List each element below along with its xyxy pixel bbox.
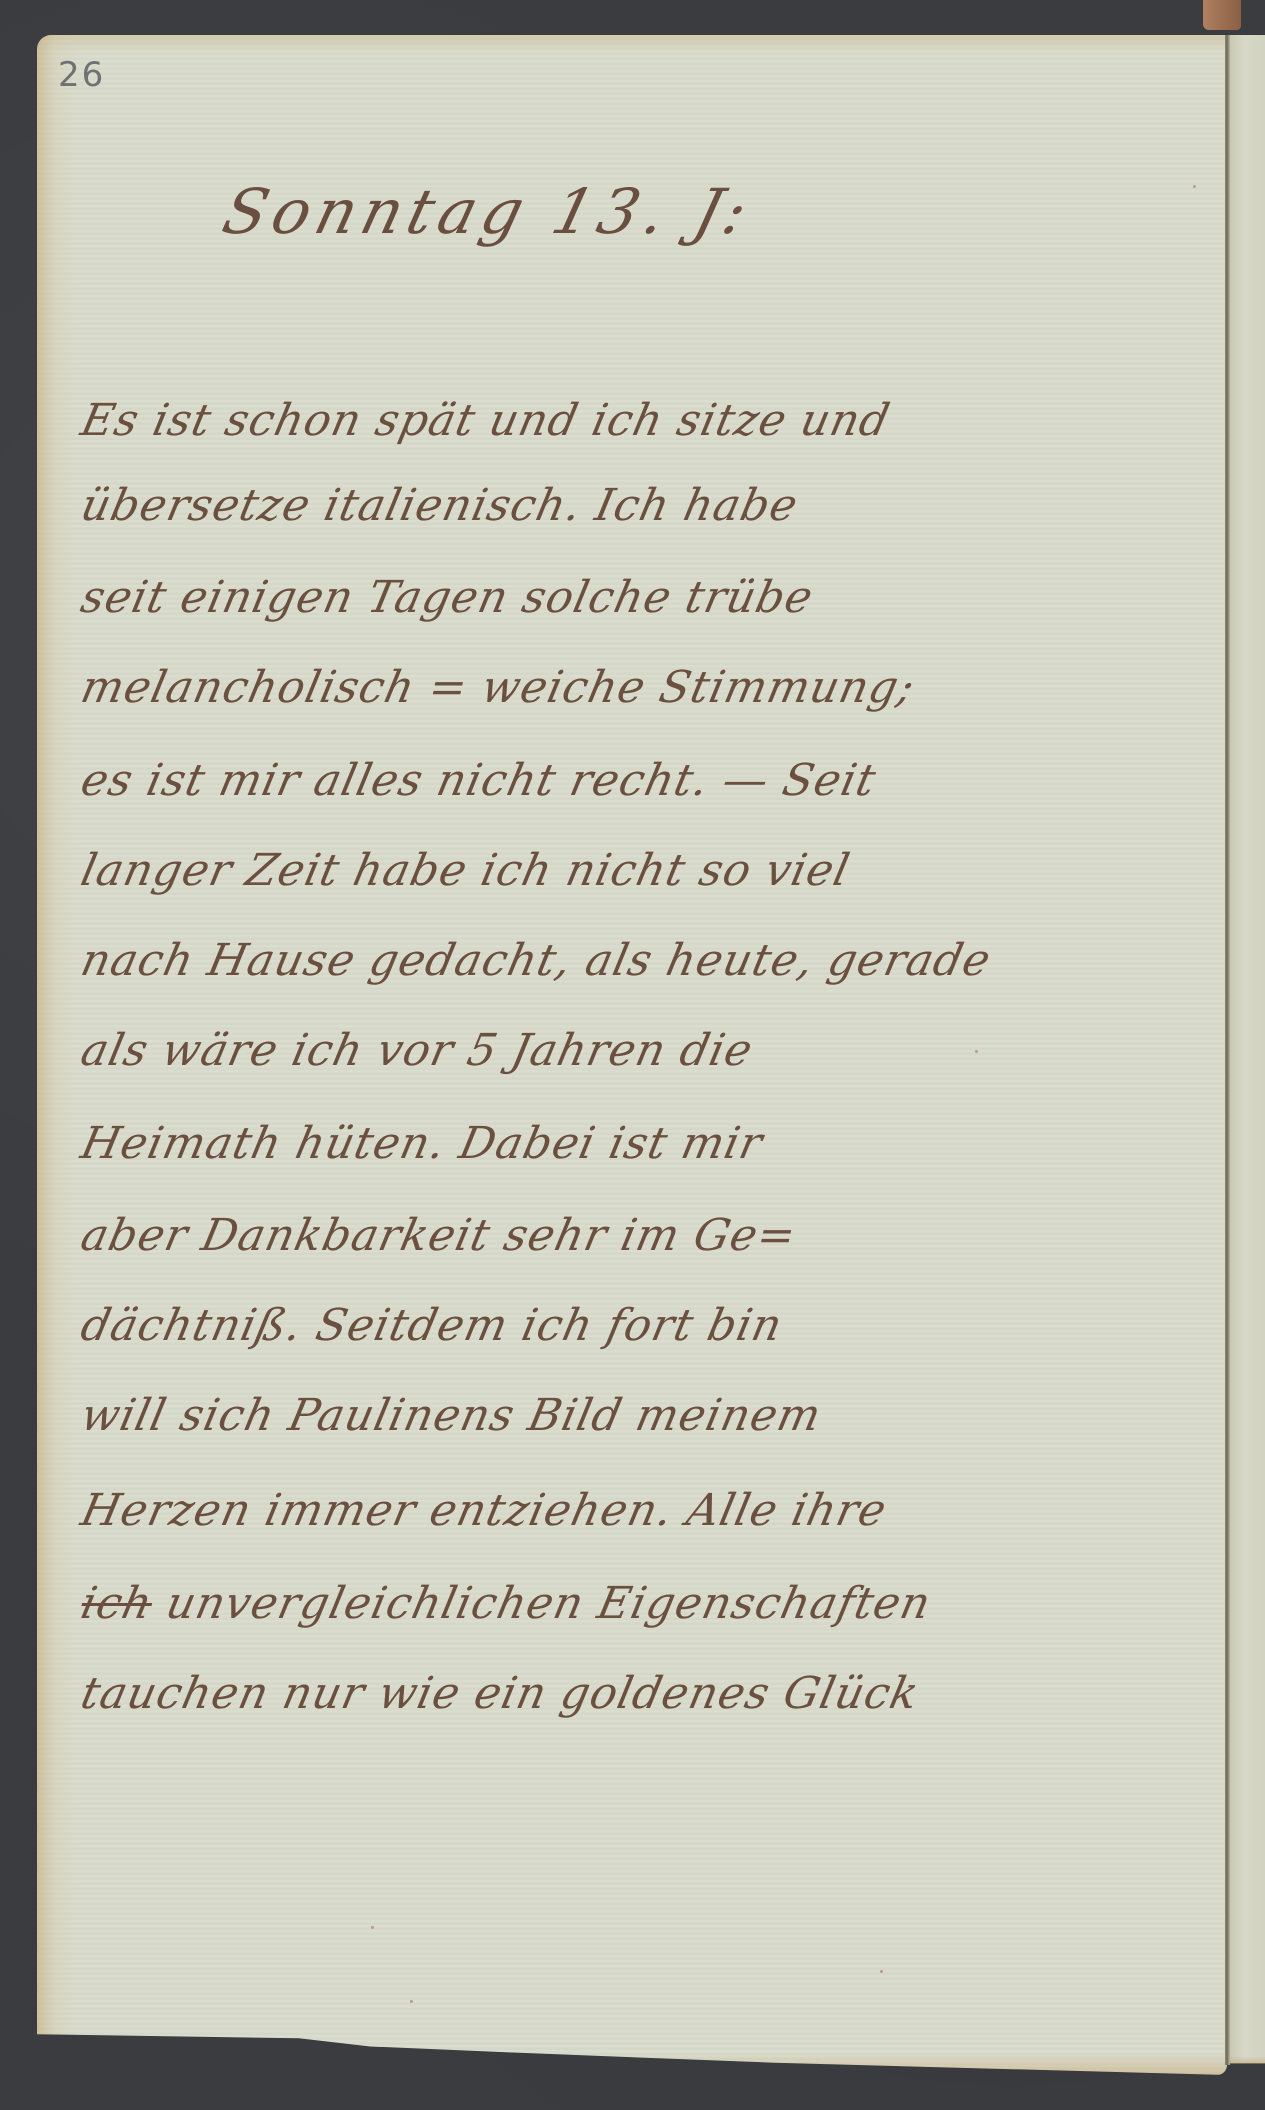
text-line-13: Herzen immer entziehen. Alle ihre <box>77 1485 892 1536</box>
text-line-5: es ist mir alles nicht recht. — Seit <box>77 755 881 806</box>
text-line-2: übersetze italienisch. Ich habe <box>77 480 803 531</box>
paper-speck <box>1193 185 1196 188</box>
struck-word: ich <box>77 1578 158 1629</box>
paper-speck <box>975 1050 978 1053</box>
text-line-4: melancholisch = weiche Stimmung; <box>77 662 920 713</box>
paper-speck <box>371 1926 374 1929</box>
text-line-7: nach Hause gedacht, als heute, gerade <box>77 935 996 986</box>
text-line-1: Es ist schon spät und ich sitze und <box>77 395 895 446</box>
text-line-14: ich unvergleichlichen Eigenschaften <box>77 1578 936 1629</box>
page-number: 26 <box>58 55 105 95</box>
binding-fold <box>1225 35 1230 2065</box>
text-line-15: tauchen nur wie ein goldenes Glück <box>77 1668 924 1719</box>
paper-speck <box>410 2000 413 2003</box>
text-line-9: Heimath hüten. Dabei ist mir <box>77 1118 768 1169</box>
paper-speck <box>880 1970 883 1973</box>
bookmark-tab <box>1203 0 1241 30</box>
text-line-3: seit einigen Tagen solche trübe <box>77 572 818 623</box>
adjacent-page-edge <box>1230 35 1265 2063</box>
text-line-12: will sich Paulinens Bild meinem <box>77 1390 827 1441</box>
entry-heading-date: Sonntag 13. J: <box>216 175 761 248</box>
text-line-6: langer Zeit habe ich nicht so viel <box>77 845 855 896</box>
text-line-11: dächtniß. Seitdem ich fort bin <box>77 1300 788 1351</box>
text-line-10: aber Dankbarkeit sehr im Ge= <box>77 1210 801 1261</box>
text-line-8: als wäre ich vor 5 Jahren die <box>77 1025 758 1076</box>
line-14-text: unvergleichlichen Eigenschaften <box>162 1578 936 1629</box>
